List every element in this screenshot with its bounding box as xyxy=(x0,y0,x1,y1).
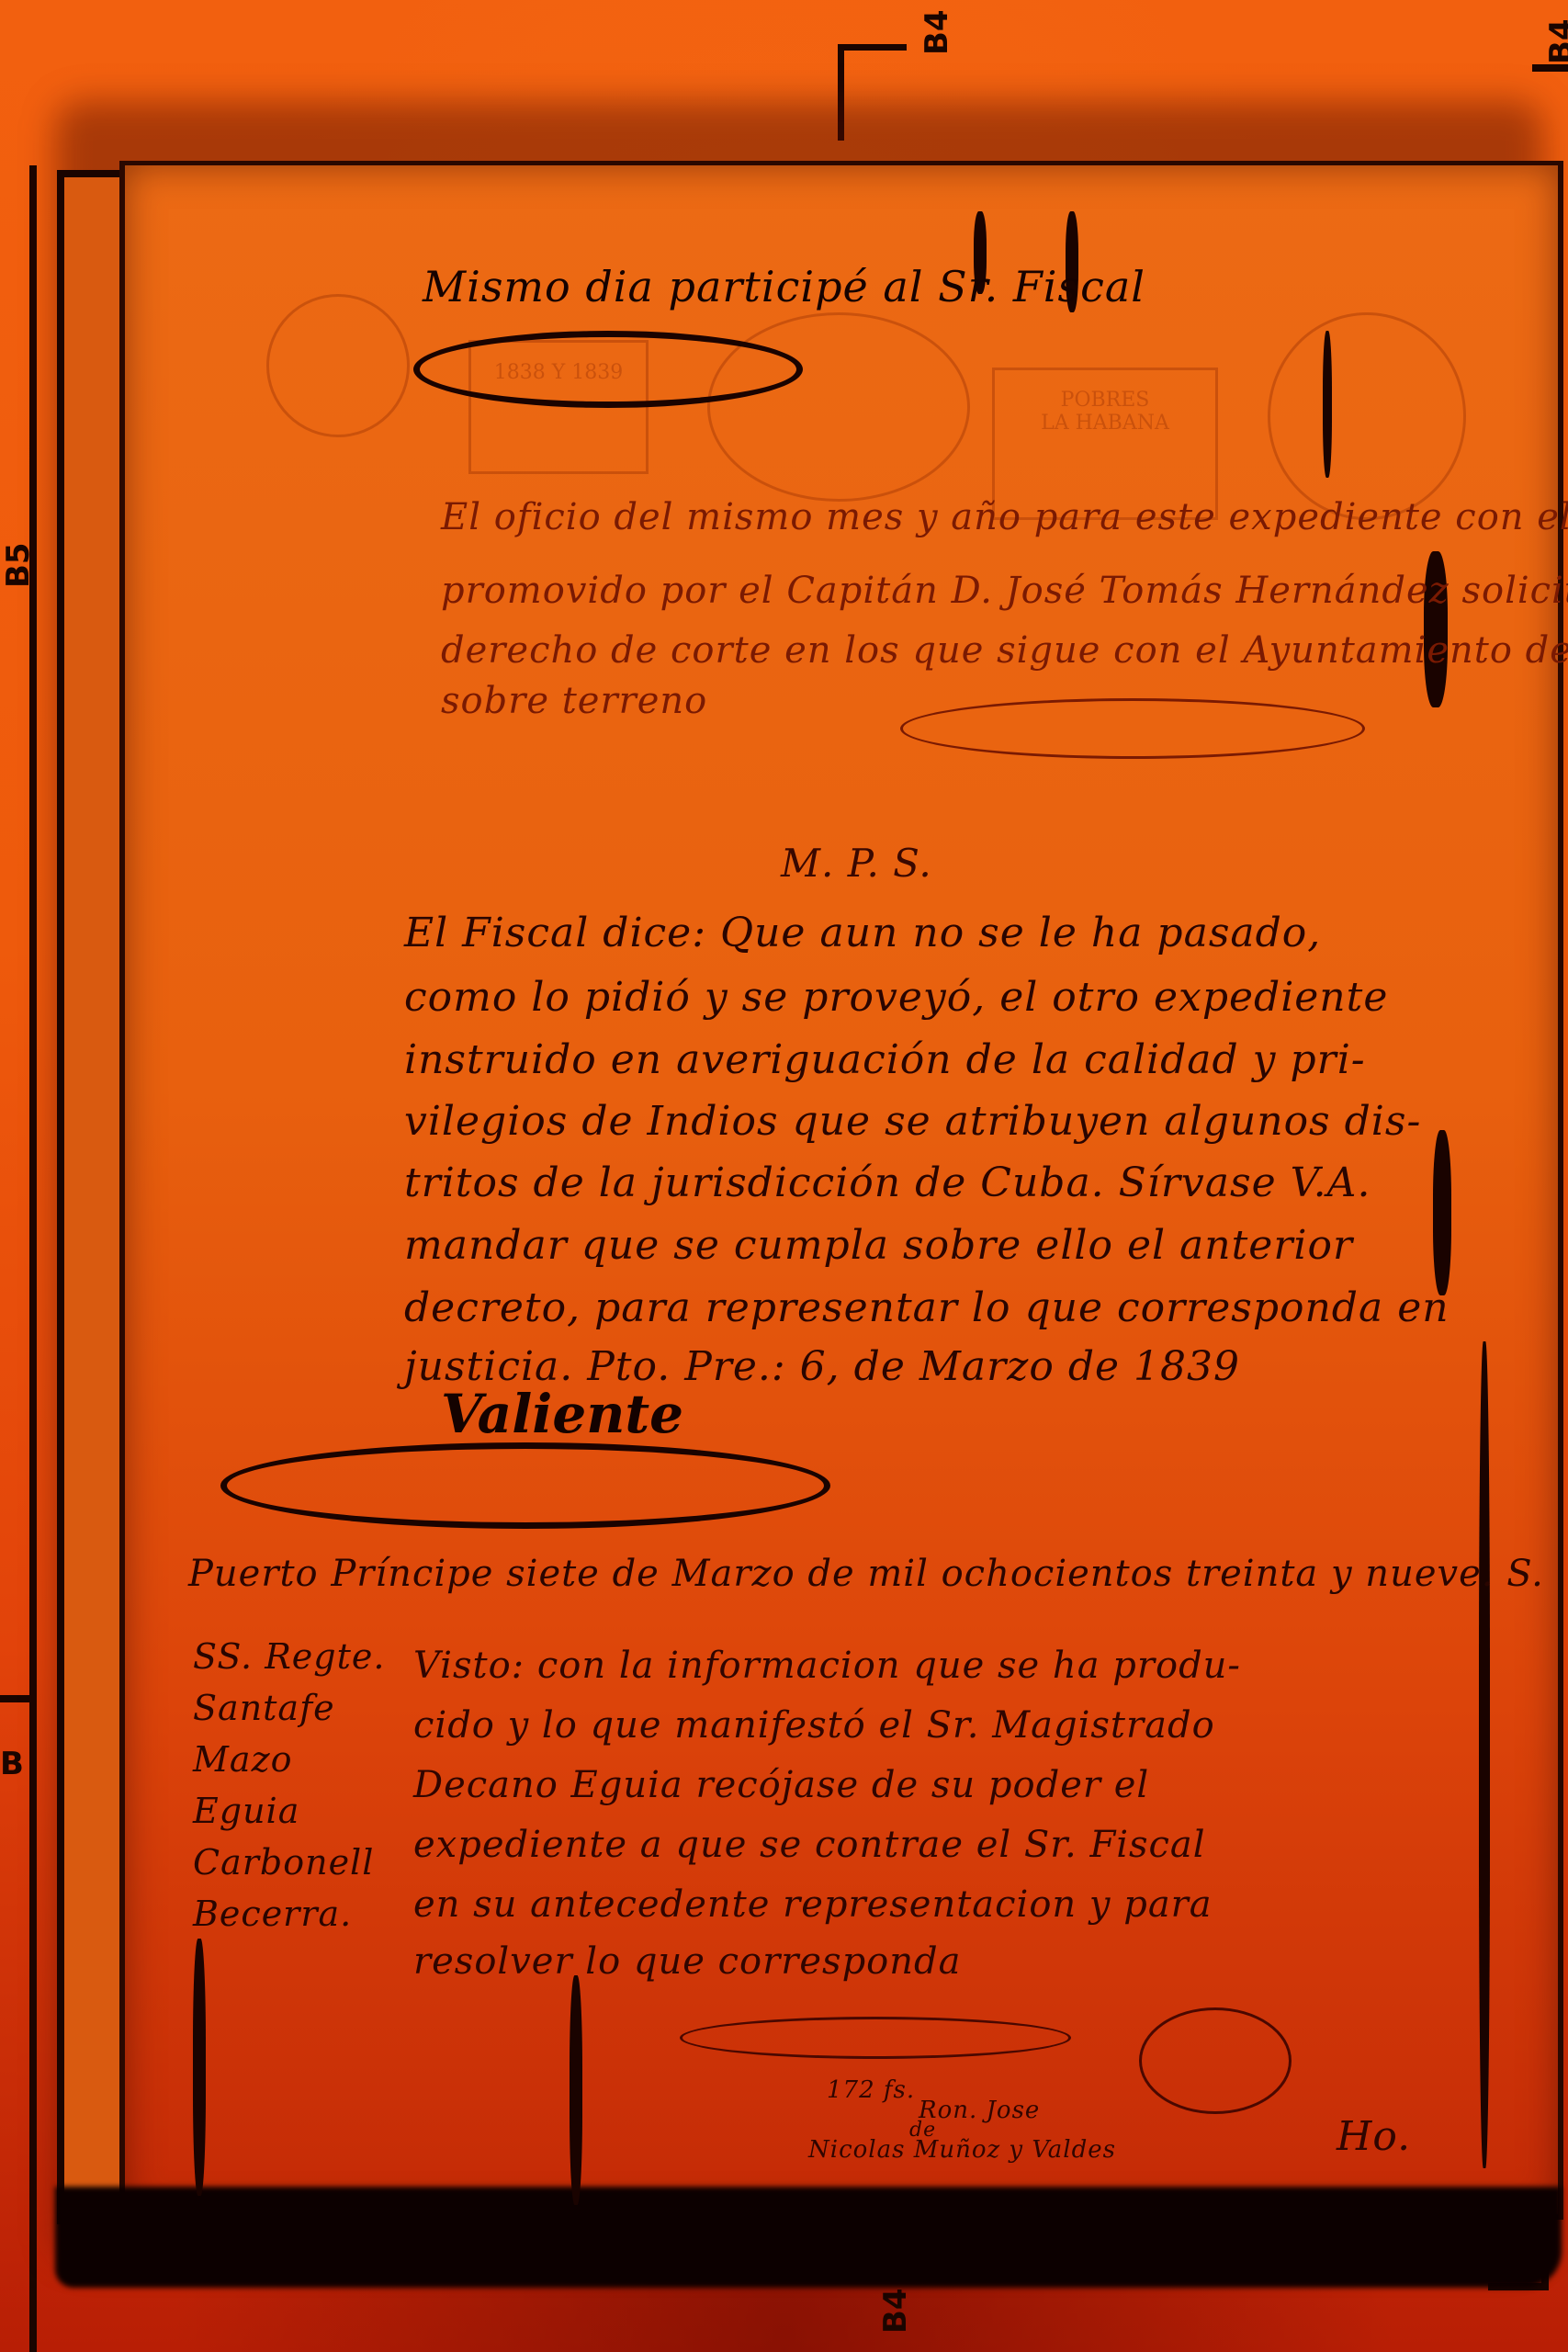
rubric-loop xyxy=(1139,2007,1292,2114)
fiscal-line: vilegios de Indios que se atribuyen algu… xyxy=(404,1098,1421,1145)
marker-label-left-lower: B xyxy=(0,1746,24,1782)
signature-flourish xyxy=(220,1442,830,1529)
decree-line: expediente a que se contrae el Sr. Fisca… xyxy=(413,1824,1206,1866)
ink-crack xyxy=(193,1939,206,2196)
fiscal-line: como lo pidió y se proveyó, el otro expe… xyxy=(404,974,1388,1021)
stamp-center-seal xyxy=(707,312,970,502)
marker-label-top: B4 xyxy=(919,9,955,55)
margin-names: SS. Regte. Santafe Mazo Eguia Carbonell … xyxy=(193,1631,385,1939)
summary-line: promovido por el Capitán D. José Tomás H… xyxy=(441,570,1568,612)
bottom-note: Ron. Jose xyxy=(919,2097,1040,2124)
ink-crack xyxy=(1479,1341,1490,2168)
bottom-note: 172 fs. xyxy=(827,2076,915,2104)
fiscal-line: mandar que se cumpla sobre ello el anter… xyxy=(404,1222,1353,1269)
fiscal-line: instruido en averiguación de la calidad … xyxy=(404,1036,1366,1083)
fiscal-line: tritos de la jurisdicción de Cuba. Sírva… xyxy=(404,1159,1371,1206)
margin-name: Carbonell xyxy=(193,1837,385,1888)
ink-crack xyxy=(1433,1130,1451,1295)
marker-label-right: B4 xyxy=(1543,18,1568,64)
crop-line-left xyxy=(29,165,37,2352)
bottom-right-mark: Ho. xyxy=(1337,2113,1411,2160)
fiscal-line: El Fiscal dice: Que aun no se le ha pasa… xyxy=(404,910,1321,956)
summary-flourish xyxy=(900,698,1365,759)
summary-line: derecho de corte en los que sigue con el… xyxy=(441,629,1568,672)
margin-name: Eguia xyxy=(193,1785,385,1837)
stamp-left-seal xyxy=(266,294,410,437)
margin-name: Santafe xyxy=(193,1682,385,1734)
crop-tick-left xyxy=(0,1695,37,1702)
bottom-flourish xyxy=(680,2017,1071,2059)
date-line: Puerto Príncipe siete de Marzo de mil oc… xyxy=(188,1553,1544,1595)
ink-crack xyxy=(570,1975,582,2205)
marker-label-bottom: B4 xyxy=(877,2288,914,2334)
bottom-note: Nicolas Muñoz y Valdes xyxy=(808,2136,1116,2164)
crop-tick-right xyxy=(1532,64,1568,72)
decree-line: resolver lo que corresponda xyxy=(413,1940,961,1983)
summary-line: sobre terreno xyxy=(441,680,707,722)
salutation: M. P. S. xyxy=(781,841,932,886)
stamp-right-seal xyxy=(1268,312,1466,520)
decree-line: Visto: con la informacion que se ha prod… xyxy=(413,1645,1241,1687)
fiscal-signature: Valiente xyxy=(441,1383,683,1445)
margin-name: SS. Regte. xyxy=(193,1631,385,1682)
summary-line: El oficio del mismo mes y año para este … xyxy=(441,496,1568,538)
margin-name: Mazo xyxy=(193,1734,385,1785)
fiscal-line: decreto, para representar lo que corresp… xyxy=(404,1284,1450,1331)
marker-label-left: B5 xyxy=(0,542,37,588)
decree-line: Decano Eguia recójase de su poder el xyxy=(413,1764,1149,1806)
header-note: Mismo dia participé al Sr. Fiscal xyxy=(423,262,1145,311)
decree-line: en su antecedente representacion y para xyxy=(413,1883,1213,1926)
damaged-bottom-edge xyxy=(55,2187,1562,2288)
margin-name: Becerra. xyxy=(193,1888,385,1939)
header-flourish xyxy=(413,331,803,408)
decree-line: cido y lo que manifestó el Sr. Magistrad… xyxy=(413,1704,1215,1747)
ink-crack xyxy=(1323,331,1332,478)
